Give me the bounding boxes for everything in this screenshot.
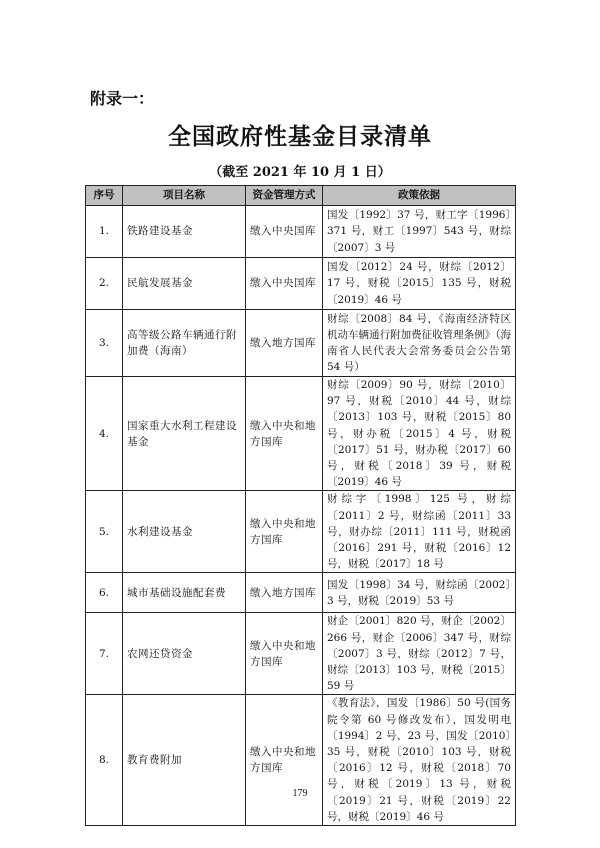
row-project-name: 水利建设基金 [123, 491, 246, 573]
row-policy-basis: 《教育法》，国发〔1986〕50 号(国务院令第 60 号修改发布），国发明电〔… [323, 695, 516, 826]
row-fund-management: 缴入中央和地方国库 [246, 491, 323, 573]
table-header-row: 序号 项目名称 资金管理方式 政策依据 [86, 186, 516, 206]
table-row: 4. 国家重大水利工程建设基金 缴入中央和地方国库 财综〔2009〕90 号，财… [86, 377, 516, 491]
page-number: 179 [0, 788, 600, 799]
row-policy-basis: 财综〔2008〕84 号，《海南经济特区机动车辆通行附加费征收管理条例》（海南省… [323, 310, 516, 377]
header-serial-number: 序号 [86, 186, 123, 206]
appendix-label: 附录一： [90, 86, 154, 109]
row-serial-number: 3. [86, 310, 123, 377]
row-fund-management: 缴入中央和地方国库 [246, 613, 323, 695]
row-policy-basis: 国发〔1992〕37 号，财工字〔1996〕371 号，财工〔1997〕543 … [323, 206, 516, 258]
row-project-name: 农网还贷资金 [123, 613, 246, 695]
table-row: 7. 农网还贷资金 缴入中央和地方国库 财企〔2001〕820 号，财企〔200… [86, 613, 516, 695]
row-fund-management: 缴入地方国库 [246, 573, 323, 613]
row-serial-number: 4. [86, 377, 123, 491]
row-serial-number: 8. [86, 695, 123, 826]
government-funds-table: 序号 项目名称 资金管理方式 政策依据 1. 铁路建设基金 缴入中央国库 国发〔… [85, 185, 516, 826]
table-row: 1. 铁路建设基金 缴入中央国库 国发〔1992〕37 号，财工字〔1996〕3… [86, 206, 516, 258]
header-fund-management: 资金管理方式 [246, 186, 323, 206]
row-project-name: 国家重大水利工程建设基金 [123, 377, 246, 491]
table-row: 2. 民航发展基金 缴入中央国库 国发〔2012〕24 号，财综〔2012〕17… [86, 258, 516, 310]
row-project-name: 城市基础设施配套费 [123, 573, 246, 613]
row-fund-management: 缴入中央国库 [246, 258, 323, 310]
row-fund-management: 缴入中央和地方国库 [246, 695, 323, 826]
table-row: 3. 高等级公路车辆通行附加费（海南） 缴入地方国库 财综〔2008〕84 号，… [86, 310, 516, 377]
header-policy-basis: 政策依据 [323, 186, 516, 206]
table-row: 5. 水利建设基金 缴入中央和地方国库 财综字〔1998〕125 号，财综〔20… [86, 491, 516, 573]
row-serial-number: 2. [86, 258, 123, 310]
table-row: 8. 教育费附加 缴入中央和地方国库 《教育法》，国发〔1986〕50 号(国务… [86, 695, 516, 826]
row-project-name: 民航发展基金 [123, 258, 246, 310]
row-serial-number: 1. [86, 206, 123, 258]
row-serial-number: 6. [86, 573, 123, 613]
row-serial-number: 7. [86, 613, 123, 695]
document-title: 全国政府性基金目录清单 [0, 118, 600, 151]
row-serial-number: 5. [86, 491, 123, 573]
row-project-name: 高等级公路车辆通行附加费（海南） [123, 310, 246, 377]
row-project-name: 教育费附加 [123, 695, 246, 826]
row-policy-basis: 财企〔2001〕820 号，财企〔2002〕266 号，财企〔2006〕347 … [323, 613, 516, 695]
row-fund-management: 缴入中央国库 [246, 206, 323, 258]
row-fund-management: 缴入地方国库 [246, 310, 323, 377]
row-policy-basis: 财综〔2009〕90 号，财综〔2010〕97 号，财税〔2010〕44 号，财… [323, 377, 516, 491]
row-policy-basis: 国发〔2012〕24 号，财综〔2012〕17 号，财税〔2015〕135 号，… [323, 258, 516, 310]
row-policy-basis: 国发〔1998〕34 号，财综函〔2002〕3 号，财税〔2019〕53 号 [323, 573, 516, 613]
table-row: 6. 城市基础设施配套费 缴入地方国库 国发〔1998〕34 号，财综函〔200… [86, 573, 516, 613]
row-policy-basis: 财综字〔1998〕125 号，财综〔2011〕2 号，财综函〔2011〕33 号… [323, 491, 516, 573]
row-project-name: 铁路建设基金 [123, 206, 246, 258]
header-project-name: 项目名称 [123, 186, 246, 206]
document-subtitle: （截至 2021 年 10 月 1 日） [0, 161, 600, 180]
row-fund-management: 缴入中央和地方国库 [246, 377, 323, 491]
